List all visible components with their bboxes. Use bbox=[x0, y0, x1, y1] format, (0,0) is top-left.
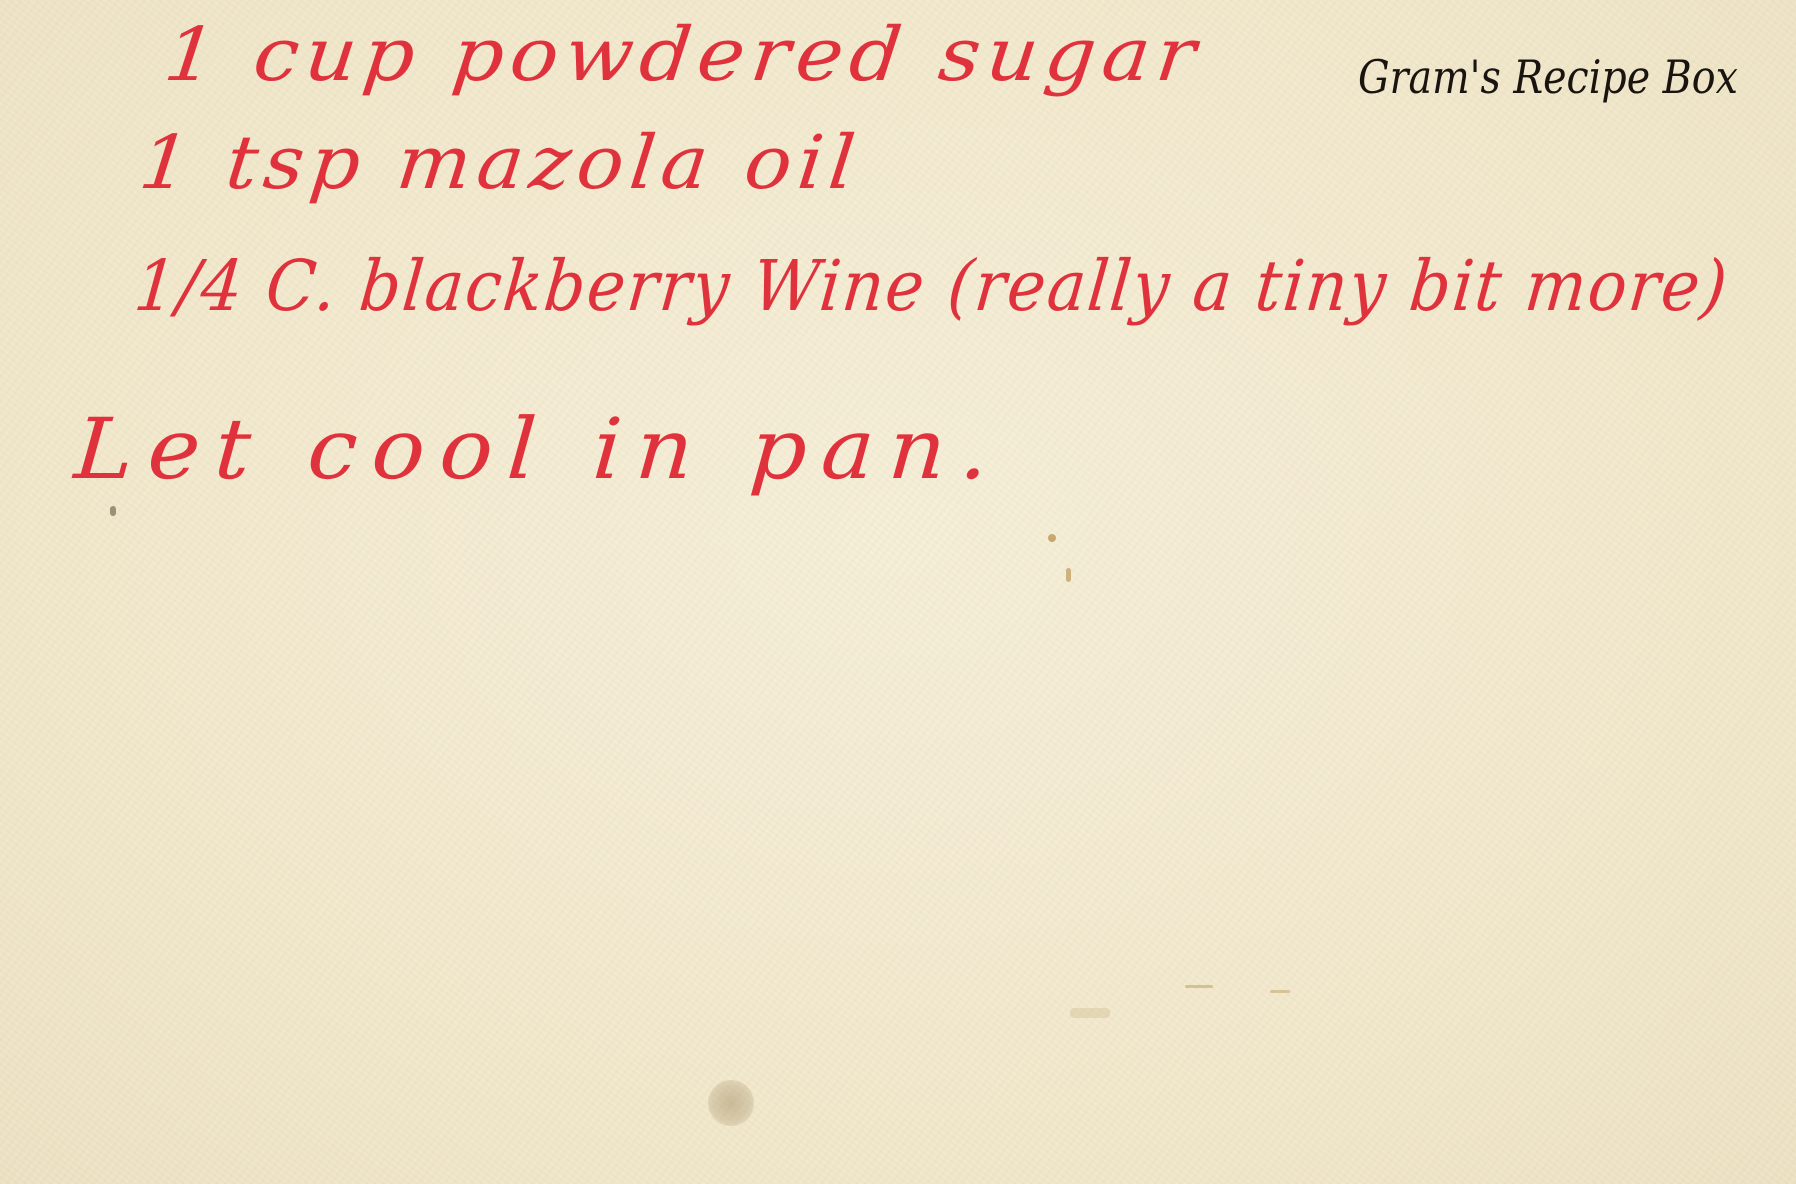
ingredient-line: 1 cup powdered sugar bbox=[160, 12, 1206, 98]
recipe-card: Gram's Recipe Box 1 cup powdered sugar 1… bbox=[0, 0, 1796, 1184]
stain-fleck bbox=[110, 506, 116, 516]
stain-fleck bbox=[1066, 568, 1071, 582]
stain-fleck bbox=[1270, 990, 1290, 993]
stain-fleck bbox=[1048, 534, 1056, 542]
ingredient-line: 1 tsp mazola oil bbox=[135, 120, 865, 206]
instruction-line: Let cool in pan. bbox=[71, 400, 1006, 498]
stain-fleck bbox=[1185, 985, 1213, 988]
brand-title: Gram's Recipe Box bbox=[1358, 50, 1738, 104]
stain-spot bbox=[708, 1080, 754, 1126]
stain-fleck bbox=[1070, 1008, 1110, 1018]
ingredient-line: 1/4 C. blackberry Wine (really a tiny bi… bbox=[131, 245, 1732, 327]
